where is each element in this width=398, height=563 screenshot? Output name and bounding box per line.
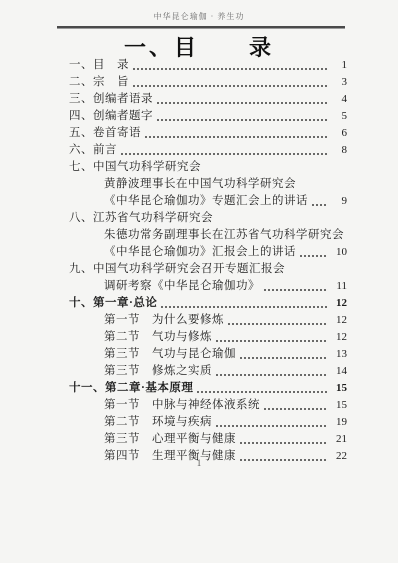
toc-dot-leader xyxy=(215,373,328,377)
header-rule-divider xyxy=(57,26,345,29)
toc-dot-leader xyxy=(227,322,328,326)
toc-dot-leader xyxy=(239,356,328,360)
toc-entry: 四、创编者题字 5 xyxy=(69,108,347,125)
toc-entry-page: 9 xyxy=(331,193,347,210)
toc-dot-leader xyxy=(120,152,328,156)
toc-entry-label: 第二节 气功与修炼 xyxy=(104,329,212,346)
toc-entry-label: 第三节 气功与昆仑瑜伽 xyxy=(104,346,236,363)
toc-entry-label: 《中华昆仑瑜伽功》专题汇会上的讲话 xyxy=(104,193,308,210)
toc-entry-label: 十、第一章·总论 xyxy=(69,295,157,312)
toc-entry-page: 6 xyxy=(331,125,347,142)
toc-entry: 第三节 气功与昆仑瑜伽 13 xyxy=(69,346,347,363)
toc-entry-label: 五、卷首寄语 xyxy=(69,125,141,142)
toc-entry-page: 15 xyxy=(331,397,347,414)
toc-dot-leader xyxy=(160,305,328,309)
scanned-book-page: 中华昆仑瑜伽 · 养生功 一、目 录 一、目 录 1 二、宗 旨 3 三、创编者… xyxy=(0,0,398,563)
toc-entry-label: 十一、第二章·基本原理 xyxy=(69,380,193,397)
toc-entry-page: 12 xyxy=(331,329,347,346)
toc-entry: 《中华昆仑瑜伽功》专题汇会上的讲话 9 xyxy=(69,193,347,210)
toc-dot-leader xyxy=(144,135,328,139)
toc-entry-page: 8 xyxy=(331,142,347,159)
toc-entry-label: 八、江苏省气功科学研究会 xyxy=(69,210,213,227)
toc-entry-label: 《中华昆仑瑜伽功》汇报会上的讲话 xyxy=(104,244,296,261)
toc-dot-leader xyxy=(132,84,328,88)
toc-entry-page: 11 xyxy=(331,278,347,295)
toc-dot-leader xyxy=(196,390,328,394)
toc-entry-label: 第一节 中脉与神经体液系统 xyxy=(104,397,260,414)
toc-entry: 黄静波理事长在中国气功科学研究会 xyxy=(69,176,347,193)
toc-entry: 三、创编者语录 4 xyxy=(69,91,347,108)
toc-entry-label: 九、中国气功科学研究会召开专题汇报会 xyxy=(69,261,285,278)
toc-dot-leader xyxy=(215,339,328,343)
toc-entry: 第三节 心理平衡与健康 21 xyxy=(69,431,347,448)
toc-entry-label: 调研考察《中华昆仑瑜伽功》 xyxy=(104,278,260,295)
toc-entry-page: 4 xyxy=(331,91,347,108)
toc-entry-page: 15 xyxy=(331,380,347,397)
toc-entry-label: 第三节 修炼之实质 xyxy=(104,363,212,380)
toc-entry-label: 三、创编者语录 xyxy=(69,91,153,108)
toc-dot-leader xyxy=(215,424,328,428)
toc-entry: 第二节 气功与修炼 12 xyxy=(69,329,347,346)
toc-entry-page: 21 xyxy=(331,431,347,448)
toc-dot-leader xyxy=(299,254,328,258)
toc-dot-leader xyxy=(132,67,328,71)
toc-entry-page: 10 xyxy=(331,244,347,261)
toc-entry: 朱德功常务副理事长在江苏省气功科学研究会 xyxy=(69,227,347,244)
toc-dot-leader xyxy=(263,288,328,292)
toc-entry-page: 14 xyxy=(331,363,347,380)
toc-entry: 一、目 录 1 xyxy=(69,57,347,74)
toc-entry-label: 四、创编者题字 xyxy=(69,108,153,125)
toc-entry: 调研考察《中华昆仑瑜伽功》 11 xyxy=(69,278,347,295)
toc-entry: 七、中国气功科学研究会 xyxy=(69,159,347,176)
toc-entry-page: 13 xyxy=(331,346,347,363)
toc-entry-label: 七、中国气功科学研究会 xyxy=(69,159,201,176)
toc-entry: 八、江苏省气功科学研究会 xyxy=(69,210,347,227)
table-of-contents: 一、目 录 1 二、宗 旨 3 三、创编者语录 4 四、创编者题字 5 五、卷首… xyxy=(69,57,347,465)
toc-entry: 十、第一章·总论 12 xyxy=(69,295,347,312)
toc-entry: 二、宗 旨 3 xyxy=(69,74,347,91)
toc-entry-label: 二、宗 旨 xyxy=(69,74,129,91)
toc-entry-page: 5 xyxy=(331,108,347,125)
toc-entry-label: 第一节 为什么要修炼 xyxy=(104,312,224,329)
toc-entry: 《中华昆仑瑜伽功》汇报会上的讲话 10 xyxy=(69,244,347,261)
toc-entry: 第二节 环境与疾病 19 xyxy=(69,414,347,431)
toc-entry-label: 一、目 录 xyxy=(69,57,129,74)
toc-entry: 九、中国气功科学研究会召开专题汇报会 xyxy=(69,261,347,278)
toc-dot-leader xyxy=(156,118,328,122)
toc-entry-page: 1 xyxy=(331,57,347,74)
toc-entry-label: 第三节 心理平衡与健康 xyxy=(104,431,236,448)
toc-entry-label: 六、前言 xyxy=(69,142,117,159)
toc-entry: 第一节 为什么要修炼 12 xyxy=(69,312,347,329)
toc-entry-page: 12 xyxy=(331,295,347,312)
footer-page-number: 1 xyxy=(0,458,398,468)
toc-dot-leader xyxy=(263,407,328,411)
toc-entry: 第三节 修炼之实质 14 xyxy=(69,363,347,380)
toc-entry-page: 3 xyxy=(331,74,347,91)
toc-entry-label: 第二节 环境与疾病 xyxy=(104,414,212,431)
toc-entry-label: 黄静波理事长在中国气功科学研究会 xyxy=(104,176,296,193)
toc-dot-leader xyxy=(156,101,328,105)
toc-entry-page: 19 xyxy=(331,414,347,431)
toc-entry: 十一、第二章·基本原理 15 xyxy=(69,380,347,397)
toc-entry: 五、卷首寄语 6 xyxy=(69,125,347,142)
toc-dot-leader xyxy=(311,203,328,207)
toc-dot-leader xyxy=(239,441,328,445)
toc-entry-page: 12 xyxy=(331,312,347,329)
toc-entry-label: 朱德功常务副理事长在江苏省气功科学研究会 xyxy=(104,227,344,244)
toc-entry: 第一节 中脉与神经体液系统 15 xyxy=(69,397,347,414)
running-header: 中华昆仑瑜伽 · 养生功 xyxy=(0,11,398,22)
toc-entry: 六、前言 8 xyxy=(69,142,347,159)
